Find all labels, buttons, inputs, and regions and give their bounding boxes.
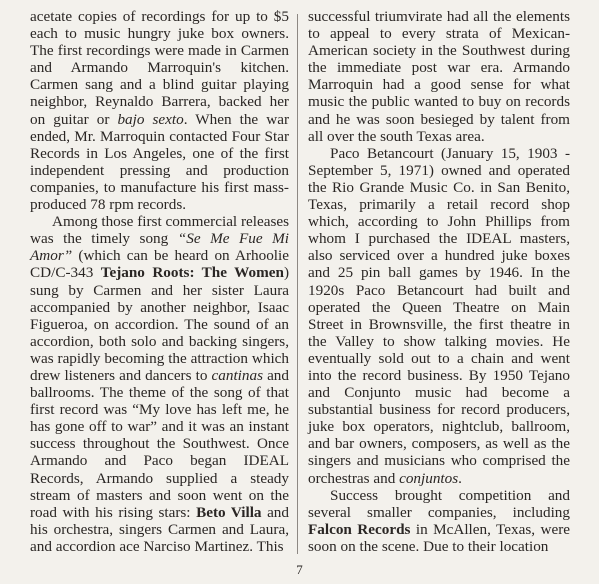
text: successful triumvirate had all the eleme… — [308, 8, 570, 145]
right-column: successful triumvirate had all the eleme… — [308, 8, 570, 555]
text: Paco Betancourt (January 15, 1903 - Sept… — [308, 145, 570, 487]
text: Success brought competition and several … — [308, 487, 570, 521]
artist-name: Beto Villa — [196, 504, 261, 521]
text: and ballrooms. The theme of the song of … — [30, 367, 289, 521]
paragraph: Among those first commercial releases wa… — [30, 213, 289, 555]
paragraph: successful triumvirate had all the eleme… — [308, 8, 570, 145]
paragraph: Success brought competition and several … — [308, 487, 570, 555]
italic-term: conjuntos — [399, 470, 458, 487]
page-number: 7 — [0, 562, 599, 578]
italic-term: bajo sexto — [117, 111, 183, 128]
label-name: Falcon Records — [308, 521, 410, 538]
italic-term: cantinas — [212, 367, 263, 384]
text: . — [458, 470, 462, 487]
column-divider — [297, 14, 298, 554]
paragraph: acetate copies of recordings for up to $… — [30, 8, 289, 213]
paragraph: Paco Betancourt (January 15, 1903 - Sept… — [308, 145, 570, 487]
document-page: acetate copies of recordings for up to $… — [0, 0, 599, 584]
left-column: acetate copies of recordings for up to $… — [30, 8, 289, 555]
album-title: Tejano Roots: The Women — [101, 264, 284, 281]
